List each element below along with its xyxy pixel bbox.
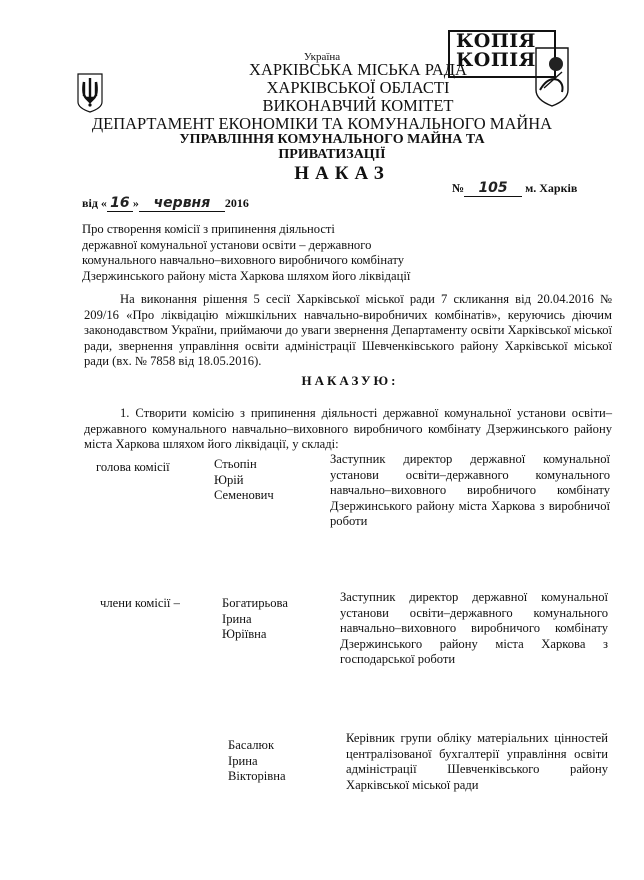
commission-member-position: Заступник директор державної комунальної… [340, 590, 608, 668]
date-prefix: від « [82, 196, 107, 210]
commission-member-name: Стьопін Юрій Семенович [214, 457, 274, 504]
order-number: 105 [464, 180, 522, 197]
subject-line: Дзержинського району міста Харкова шляхо… [82, 269, 442, 285]
commission-role-chair: голова комісії [96, 460, 170, 476]
commission-role-members: члени комісії – [100, 596, 180, 612]
surname: Басалюк [228, 738, 286, 754]
order-number-line: №105 м. Харків [452, 180, 577, 197]
patronymic: Юріївна [222, 627, 288, 643]
subject-line: Про створення комісії з припинення діяль… [82, 222, 442, 238]
first-name: Юрій [214, 473, 274, 489]
commission-member-position: Заступник директор державної комунальної… [330, 452, 610, 530]
order-month: червня [139, 195, 225, 212]
order-item-1: 1. Створити комісію з припинення діяльно… [84, 406, 612, 453]
patronymic: Семенович [214, 488, 274, 504]
first-name: Ірина [228, 754, 286, 770]
order-city: м. Харків [525, 181, 577, 195]
first-name: Ірина [222, 612, 288, 628]
order-subject: Про створення комісії з припинення діяль… [82, 222, 442, 284]
commission-member-name: Богатирьова Ірина Юріївна [222, 596, 288, 643]
order-year: 2016 [225, 196, 249, 210]
patronymic: Вікторівна [228, 769, 286, 785]
surname: Стьопін [214, 457, 274, 473]
directorate-name-line2: ПРИВАТИЗАЦІЇ [10, 146, 644, 164]
order-heading: НАКАЗУЮ: [70, 373, 630, 389]
subject-line: комунального навчально–виховного виробни… [82, 253, 442, 269]
surname: Богатирьова [222, 596, 288, 612]
kharkiv-city-emblem-icon [534, 46, 570, 108]
commission-member-position: Керівник групи обліку матеріальних цінно… [346, 731, 608, 793]
commission-member-name: Басалюк Ірина Вікторівна [228, 738, 286, 785]
preamble-paragraph: На виконання рішення 5 сесії Харківської… [84, 292, 612, 370]
number-prefix: № [452, 181, 464, 195]
order-date: від «16»червня2016 [82, 195, 249, 212]
subject-line: державної комунальної установи освіти – … [82, 238, 442, 254]
order-day: 16 [107, 195, 133, 212]
